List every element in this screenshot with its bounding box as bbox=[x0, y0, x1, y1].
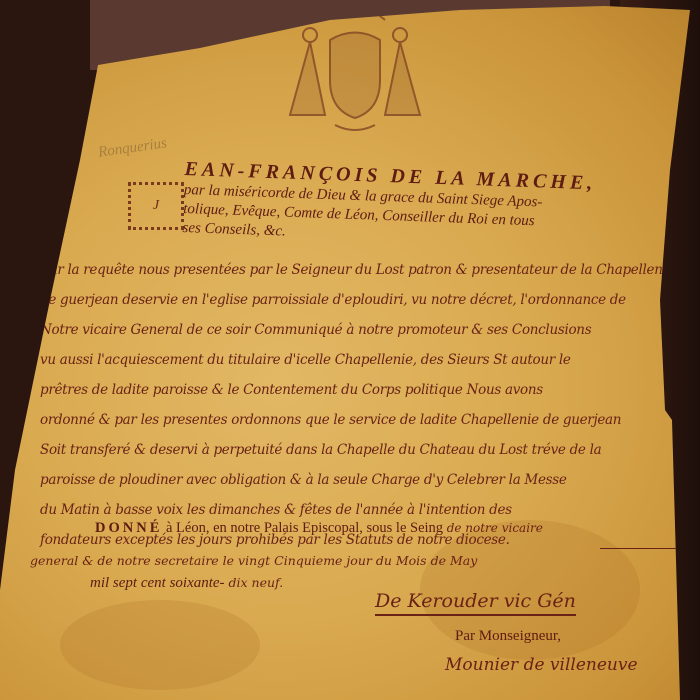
body-line: Soit transferé & deservi à perpetuité da… bbox=[40, 435, 680, 465]
body-line: ordonné & par les presentes ordonnons qu… bbox=[40, 405, 680, 435]
year-handwritten: dix neuf. bbox=[225, 575, 284, 590]
initial-stamp: J bbox=[128, 182, 184, 230]
body-line: prêtres de ladite paroisse & le Contente… bbox=[40, 375, 680, 405]
body-line: vu aussi l'acquiescement du titulaire d'… bbox=[40, 345, 680, 375]
vicar-signature: De Kerouder vic Gén bbox=[375, 590, 576, 616]
body-line: de guerjean deservie en l'eglise parrois… bbox=[40, 285, 680, 315]
donne-handwritten: de notre vicaire bbox=[447, 521, 543, 535]
par-monseigneur: Par Monseigneur, bbox=[455, 628, 561, 645]
year-printed: mil sept cent soixante- bbox=[90, 575, 225, 591]
parchment-document: Ronquerius J EAN-FRANÇOIS DE LA MARCHE, … bbox=[0, 0, 700, 700]
donne-printed: à Léon, en notre Palais Episcopal, sous … bbox=[162, 520, 446, 536]
year-line: mil sept cent soixante- dix neuf. bbox=[90, 575, 283, 592]
body-line: paroisse de ploudiner avec obligation & … bbox=[40, 465, 680, 495]
water-stain bbox=[60, 600, 260, 690]
secretary-signature: Mounier de villeneuve bbox=[445, 655, 638, 675]
closing-clause: DONNÉ à Léon, en notre Palais Episcopal,… bbox=[95, 520, 685, 537]
body-line: Notre vicaire General de ce soir Communi… bbox=[40, 315, 680, 345]
body-line: Sur la requête nous presentées par le Se… bbox=[40, 255, 680, 285]
handwritten-body: Sur la requête nous presentées par le Se… bbox=[40, 255, 680, 555]
margin-annotation: Ronquerius bbox=[97, 135, 168, 161]
date-line: general & de notre secretaire le vingt C… bbox=[30, 553, 477, 568]
donne-word: DONNÉ bbox=[95, 520, 162, 536]
printed-header: EAN-FRANÇOIS DE LA MARCHE, par la miséri… bbox=[182, 158, 655, 254]
